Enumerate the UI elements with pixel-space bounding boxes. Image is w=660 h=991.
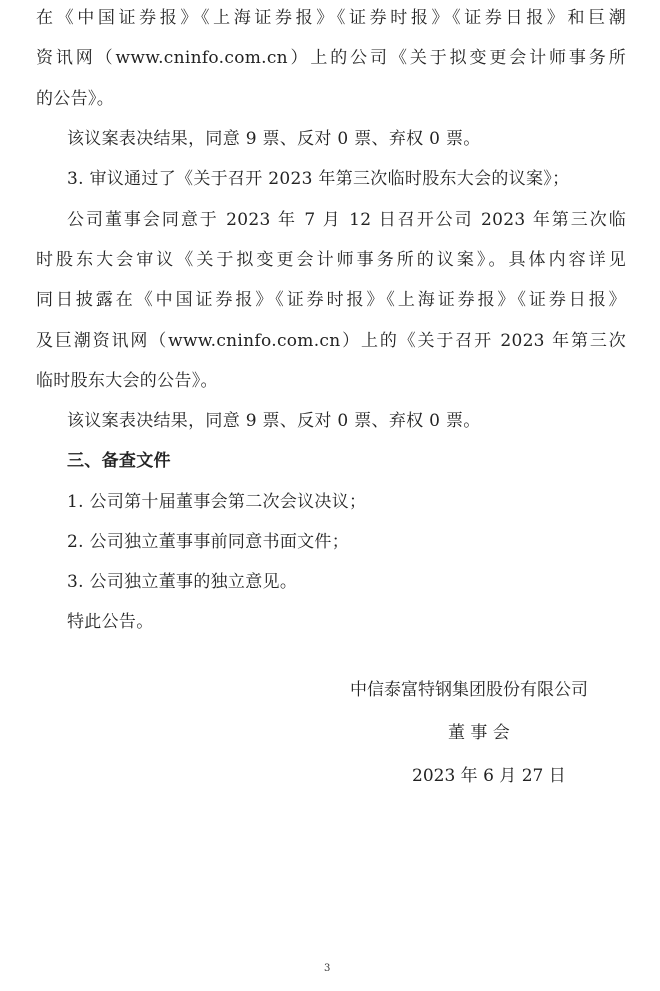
reference-document-item: 3. 公司独立董事的独立意见。 [67, 571, 657, 593]
document-page: 在《中国证券报》《上海证券报》《证券时报》《证券日报》和巨潮 资讯网（www.c… [0, 0, 660, 991]
vote-result: 该议案表决结果，同意 9 票、反对 0 票、弃权 0 票。 [67, 128, 657, 150]
reference-document-item: 2. 公司独立董事事前同意书面文件； [67, 531, 657, 553]
paragraph-line: 临时股东大会的公告》。 [36, 370, 626, 392]
vote-result: 该议案表决结果，同意 9 票、反对 0 票、弃权 0 票。 [67, 410, 657, 432]
paragraph-line: 在《中国证券报》《上海证券报》《证券时报》《证券日报》和巨潮 [36, 7, 626, 29]
announcement-date: 2023 年 6 月 27 日 [412, 765, 566, 787]
section-heading: 三、备查文件 [67, 450, 657, 472]
paragraph-line: 公司董事会同意于 2023 年 7 月 12 日召开公司 2023 年第三次临 [67, 209, 626, 231]
reference-document-item: 1. 公司第十届董事会第二次会议决议； [67, 491, 657, 513]
paragraph-line: 同日披露在《中国证券报》《证券时报》《上海证券报》《证券日报》 [36, 289, 626, 311]
resolution-item-title: 3. 审议通过了《关于召开 2023 年第三次临时股东大会的议案》； [67, 168, 627, 190]
paragraph-line: 时股东大会审议《关于拟变更会计师事务所的议案》。具体内容详见 [36, 249, 626, 271]
paragraph-line: 的公告》。 [36, 88, 626, 110]
company-name: 中信泰富特钢集团股份有限公司 [350, 679, 588, 701]
paragraph-line: 资讯网（www.cninfo.com.cn）上的公司《关于拟变更会计师事务所 [36, 47, 626, 69]
paragraph-line: 及巨潮资讯网（www.cninfo.com.cn）上的《关于召开 2023 年第… [36, 330, 626, 352]
page-number: 3 [324, 963, 330, 975]
board-signature: 董 事 会 [448, 722, 510, 744]
closing-statement: 特此公告。 [67, 611, 657, 633]
